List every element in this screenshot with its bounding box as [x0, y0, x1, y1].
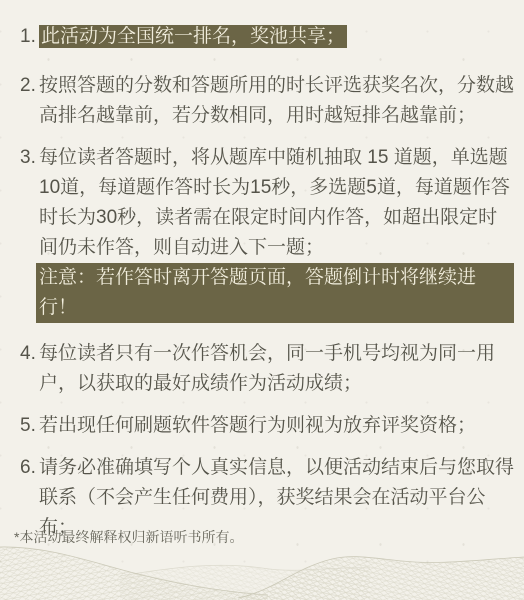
rule-number: 2.: [20, 71, 36, 131]
rules-list: 1. 此活动为全国统一排名，奖池共享； 2. 按照答题的分数和答题所用的时长评选…: [0, 0, 524, 543]
rule-item: 3. 每位读者答题时，将从题库中随机抽取 15 道题，单选题10道，每道题作答时…: [20, 143, 514, 323]
rule-number: 5.: [20, 411, 36, 441]
rule-item: 4. 每位读者只有一次作答机会，同一手机号均视为同一用户，以获取的最好成绩作为活…: [20, 339, 514, 399]
rule-text: 每位读者只有一次作答机会，同一手机号均视为同一用户，以获取的最好成绩作为活动成绩…: [39, 339, 514, 399]
activity-rules-page: 1. 此活动为全国统一排名，奖池共享； 2. 按照答题的分数和答题所用的时长评选…: [0, 0, 524, 600]
rule-text: 若出现任何刷题软件答题行为则视为放弃评奖资格；: [39, 411, 514, 441]
rule-item: 2. 按照答题的分数和答题所用的时长评选获奖名次，分数越高排名越靠前，若分数相同…: [20, 71, 514, 131]
wireframe-terrain-decoration: [0, 542, 524, 600]
rule-item: 5. 若出现任何刷题软件答题行为则视为放弃评奖资格；: [20, 411, 514, 441]
rule-number: 3.: [20, 143, 36, 323]
rule-number: 4.: [20, 339, 36, 399]
rule-text: 每位读者答题时，将从题库中随机抽取 15 道题，单选题10道，每道题作答时长为1…: [39, 143, 514, 323]
highlighted-rule-text: 此活动为全国统一排名，奖池共享；: [39, 25, 347, 48]
rule-text: 按照答题的分数和答题所用的时长评选获奖名次，分数越高排名越靠前，若分数相同，用时…: [39, 71, 514, 131]
footnote: *本活动最终解释权归新语听书所有。: [14, 527, 243, 547]
notice-highlight: 注意：若作答时离开答题页面，答题倒计时将继续进行！: [36, 263, 514, 323]
rule-number: 1.: [20, 22, 36, 52]
rule-text: 此活动为全国统一排名，奖池共享；: [39, 22, 514, 52]
rule-item: 1. 此活动为全国统一排名，奖池共享；: [20, 22, 514, 52]
